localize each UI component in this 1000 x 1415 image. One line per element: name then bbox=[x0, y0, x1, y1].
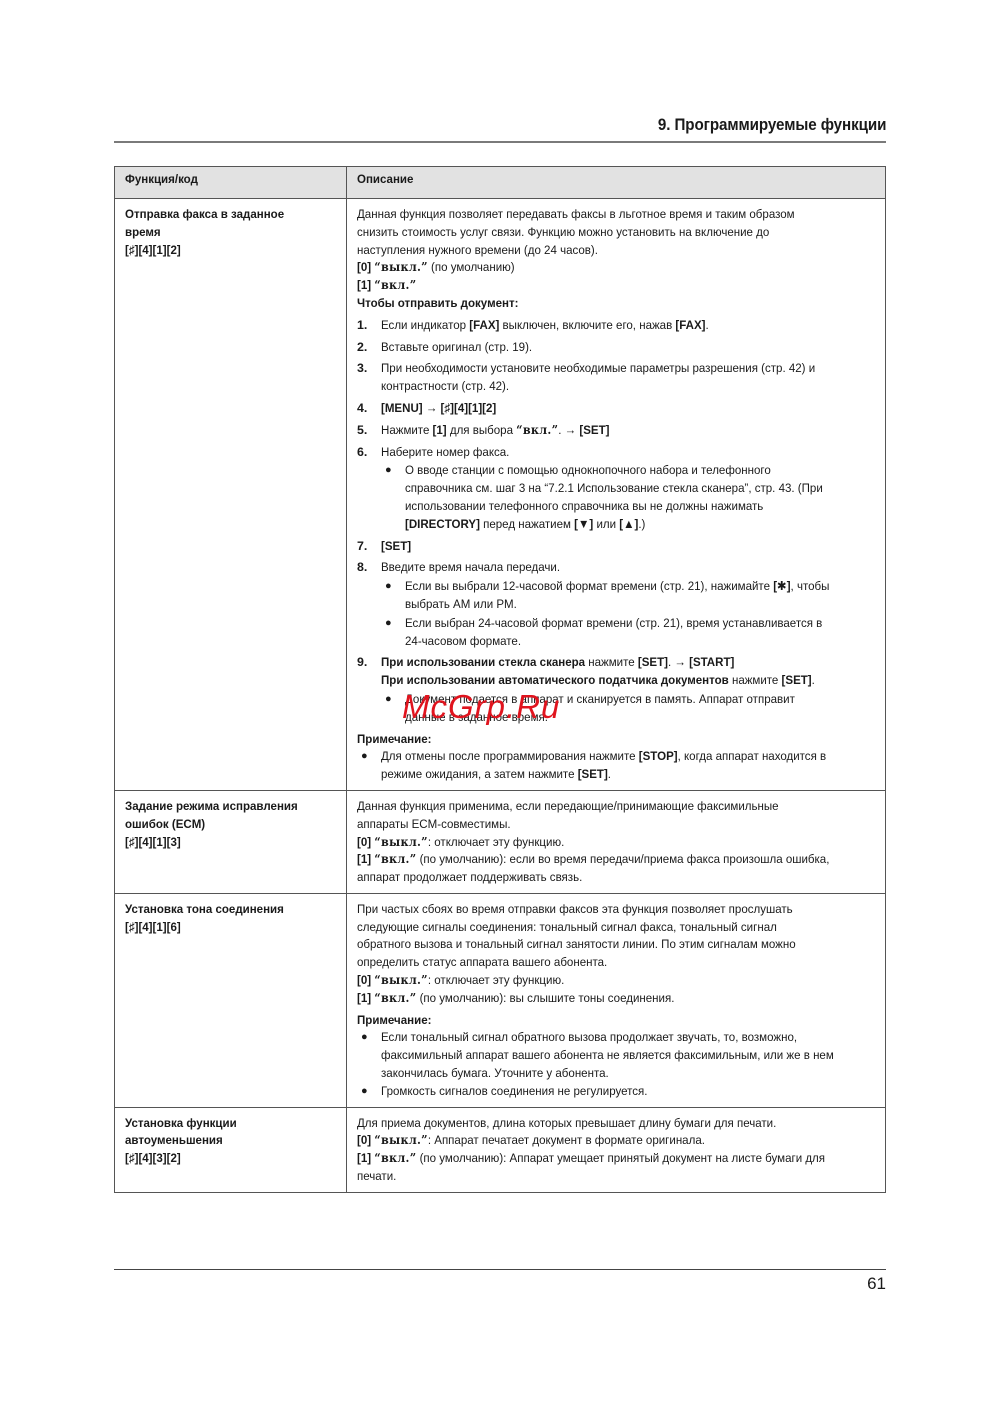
note-item: ●Если тональный сигнал обратного вызова … bbox=[357, 1029, 875, 1082]
step-text: При использовании стекла сканера нажмите… bbox=[381, 654, 840, 672]
function-code: [♯][4][3][2] bbox=[125, 1150, 321, 1168]
note-item: ●Громкость сигналов соединения не регули… bbox=[357, 1083, 875, 1101]
description-text: следующие сигналы соединения: тональный … bbox=[357, 919, 839, 937]
description-text: наступления нужного времени (до 24 часов… bbox=[357, 242, 839, 260]
option-line: [0] “выкл.”: отключает эту функцию. bbox=[357, 972, 839, 990]
description-cell: Для приема документов, длина которых пре… bbox=[347, 1107, 886, 1192]
option-line: аппарат продолжает поддерживать связь. bbox=[357, 869, 839, 887]
bullet-text: использовании телефонного справочника вы… bbox=[405, 498, 842, 516]
note-text: факсимильный аппарат вашего абонента не … bbox=[381, 1047, 834, 1065]
description-cell: При частых сбоях во время отправки факсо… bbox=[347, 893, 886, 1107]
step-text: Если индикатор [FAX] выключен, включите … bbox=[381, 317, 840, 335]
function-cell: Установка тона соединения[♯][4][1][6] bbox=[115, 893, 347, 1107]
subheading: Чтобы отправить документ: bbox=[357, 295, 518, 313]
bullet-item: ●Если выбран 24-часовой формат времени (… bbox=[381, 615, 875, 651]
function-code: [♯][4][1][3] bbox=[125, 834, 321, 852]
description-text: снизить стоимость услуг связи. Функцию м… bbox=[357, 224, 839, 242]
step-text: Нажмите [1] для выбора “вкл.”. → [SET] bbox=[381, 422, 840, 440]
bullet-item: ●О вводе станции с помощью однокнопочног… bbox=[381, 462, 875, 533]
step-item: 7.[SET] bbox=[357, 538, 875, 556]
description-text: аппараты ECM-совместимы. bbox=[357, 816, 839, 834]
option-line: печати. bbox=[357, 1168, 839, 1186]
note-text: режиме ожидания, а затем нажмите [SET]. bbox=[381, 766, 826, 784]
description-text: определить статус аппарата вашего абонен… bbox=[357, 954, 839, 972]
description-text: Данная функция позволяет передавать факс… bbox=[357, 206, 839, 224]
option-line: [0] “выкл.” (по умолчанию) bbox=[357, 259, 839, 277]
function-code: [♯][4][1][6] bbox=[125, 919, 321, 937]
bullet-item: ●Если вы выбрали 12-часовой формат време… bbox=[381, 578, 875, 614]
note-title: Примечание: bbox=[357, 731, 431, 749]
table-header-row: Функция/код Описание bbox=[115, 167, 886, 199]
table-row: Установка функцииавтоуменьшения[♯][4][3]… bbox=[115, 1107, 886, 1192]
function-name: автоуменьшения bbox=[125, 1132, 321, 1150]
step-item: 2.Вставьте оригинал (стр. 19). bbox=[357, 339, 875, 357]
step-text: Наберите номер факса. bbox=[381, 444, 840, 462]
description-text: Данная функция применима, если передающи… bbox=[357, 798, 839, 816]
bullet-text: справочника см. шаг 3 на “7.2.1 Использо… bbox=[405, 480, 842, 498]
footer-divider bbox=[114, 1269, 886, 1270]
bullet-text: О вводе станции с помощью однокнопочного… bbox=[405, 462, 842, 480]
step-text: Вставьте оригинал (стр. 19). bbox=[381, 339, 840, 357]
step-item: 3.При необходимости установите необходим… bbox=[357, 360, 875, 396]
step-item: 4.[MENU] → [♯][4][1][2] bbox=[357, 400, 875, 418]
step-text: Введите время начала передачи. bbox=[381, 559, 840, 577]
option-line: [0] “выкл.”: отключает эту функцию. bbox=[357, 834, 839, 852]
function-name: Задание режима исправления bbox=[125, 798, 321, 816]
description-text: Для приема документов, длина которых пре… bbox=[357, 1115, 839, 1133]
function-name: ошибок (ECM) bbox=[125, 816, 321, 834]
bullet-text: выбрать AM или PM. bbox=[405, 596, 842, 614]
description-cell: Данная функция применима, если передающи… bbox=[347, 790, 886, 893]
bullet-text: [DIRECTORY] перед нажатием [▼] или [▲].) bbox=[405, 516, 842, 534]
table-row: Установка тона соединения[♯][4][1][6]При… bbox=[115, 893, 886, 1107]
option-line: [1] “вкл.” (по умолчанию): вы слышите то… bbox=[357, 990, 839, 1008]
column-header-function: Функция/код bbox=[115, 167, 347, 199]
function-cell: Отправка факса в заданноевремя[♯][4][1][… bbox=[115, 199, 347, 791]
step-item: 5.Нажмите [1] для выбора “вкл.”. → [SET] bbox=[357, 422, 875, 440]
bullet-text: Если вы выбрали 12-часовой формат времен… bbox=[405, 578, 842, 596]
note-text: Если тональный сигнал обратного вызова п… bbox=[381, 1029, 834, 1047]
step-item: 1.Если индикатор [FAX] выключен, включит… bbox=[357, 317, 875, 335]
function-name: Отправка факса в заданное bbox=[125, 206, 321, 224]
note-text: закончилась бумага. Уточните у абонента. bbox=[381, 1065, 834, 1083]
step-item: 8.Введите время начала передачи.●Если вы… bbox=[357, 559, 875, 650]
option-line: [1] “вкл.” (по умолчанию): если во время… bbox=[357, 851, 839, 869]
function-code: [♯][4][1][2] bbox=[125, 242, 321, 260]
function-name: Установка тона соединения bbox=[125, 901, 321, 919]
page-header-title: 9. Программируемые функции bbox=[658, 116, 886, 135]
header-divider bbox=[114, 141, 886, 143]
step-text: [MENU] → [♯][4][1][2] bbox=[381, 400, 840, 418]
note-title: Примечание: bbox=[357, 1012, 431, 1030]
option-line: [0] “выкл.”: Аппарат печатает документ в… bbox=[357, 1132, 839, 1150]
page-number: 61 bbox=[867, 1274, 886, 1294]
step-item: 6.Наберите номер факса.●О вводе станции … bbox=[357, 444, 875, 534]
step-text: контрастности (стр. 42). bbox=[381, 378, 840, 396]
table-row: Задание режима исправленияошибок (ECM)[♯… bbox=[115, 790, 886, 893]
bullet-text: 24-часовом формате. bbox=[405, 633, 842, 651]
option-line: [1] “вкл.” bbox=[357, 277, 839, 295]
note-text: Для отмены после программирования нажмит… bbox=[381, 748, 826, 766]
function-cell: Установка функцииавтоуменьшения[♯][4][3]… bbox=[115, 1107, 347, 1192]
note-text: Громкость сигналов соединения не регулир… bbox=[381, 1083, 648, 1101]
watermark: McGrp.Ru bbox=[402, 688, 560, 726]
step-text: При необходимости установите необходимые… bbox=[381, 360, 840, 378]
step-text: [SET] bbox=[381, 538, 840, 556]
column-header-description: Описание bbox=[347, 167, 886, 199]
description-text: При частых сбоях во время отправки факсо… bbox=[357, 901, 839, 919]
note-item: ●Для отмены после программирования нажми… bbox=[357, 748, 875, 784]
bullet-text: Если выбран 24-часовой формат времени (с… bbox=[405, 615, 842, 633]
description-text: обратного вызова и тональный сигнал заня… bbox=[357, 936, 839, 954]
option-line: [1] “вкл.” (по умолчанию): Аппарат умеща… bbox=[357, 1150, 839, 1168]
function-name: время bbox=[125, 224, 321, 242]
function-name: Установка функции bbox=[125, 1115, 321, 1133]
function-cell: Задание режима исправленияошибок (ECM)[♯… bbox=[115, 790, 347, 893]
functions-table: Функция/код Описание Отправка факса в за… bbox=[114, 166, 886, 1193]
